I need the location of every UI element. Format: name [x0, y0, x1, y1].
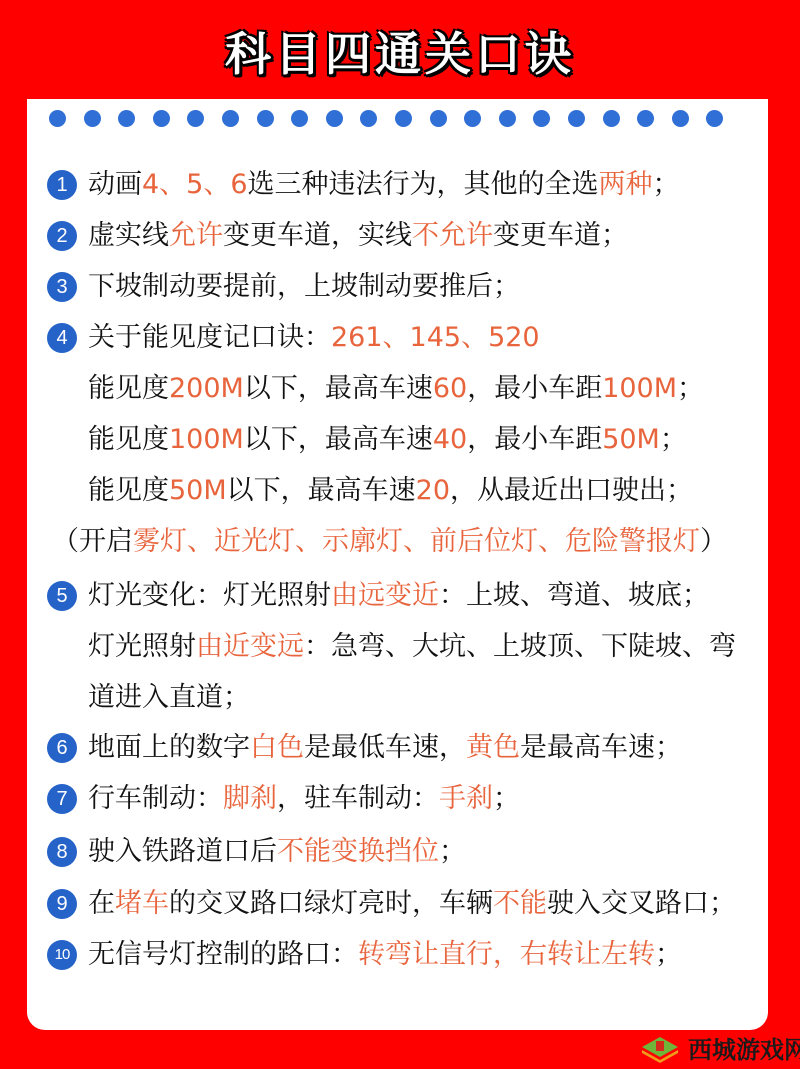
rule-text: 能见度100M以下，最高车速40，最小车距50M；: [88, 418, 687, 462]
highlight-text: 不能变换挡位: [277, 836, 439, 867]
highlight-text: 转弯让直行，右转让左转: [358, 939, 655, 970]
divider-dot: [603, 110, 620, 127]
divider-dot: [499, 110, 516, 127]
content-card: 1动画4、5、6选三种违法行为，其他的全选两种；2虚实线允许变更车道，实线不允许…: [27, 99, 768, 1030]
rule-text: 灯光照射由近变远：急弯、大坑、上坡顶、下陡坡、弯: [88, 625, 736, 669]
plain-text: 无信号灯控制的路口：: [88, 939, 358, 970]
plain-text: 动画: [88, 169, 142, 200]
rule-text: 驶入铁路道口后不能变换挡位；: [88, 830, 466, 874]
number-badge-icon: 2: [47, 221, 77, 251]
rule-text: 道进入直道；: [88, 676, 250, 720]
highlight-text: 100M: [169, 424, 244, 455]
divider-dot: [672, 110, 689, 127]
plain-text: ；: [653, 169, 680, 200]
plain-text: 变更车道；: [493, 220, 628, 251]
highlight-text: 50M: [169, 475, 227, 506]
plain-text: 变更车道，实线: [223, 220, 412, 251]
plain-text: ，最小车距: [467, 373, 602, 404]
number-badge-icon: 8: [47, 837, 77, 867]
plain-text: 驶入交叉路口；: [547, 888, 736, 919]
divider-dot: [395, 110, 412, 127]
plain-text: 道进入直道；: [88, 682, 250, 713]
plain-text: 关于能见度记口诀：: [88, 322, 331, 353]
rule-text: 行车制动：脚刹，驻车制动：手刹；: [88, 777, 520, 821]
number-badge-icon: 10: [47, 940, 77, 970]
plain-text: 以下，最高车速: [227, 475, 416, 506]
highlight-text: 不允许: [412, 220, 493, 251]
plain-text: 能见度: [88, 373, 169, 404]
watermark-logo-icon: [640, 1035, 680, 1065]
plain-text: 在: [88, 888, 115, 919]
plain-text: ，最小车距: [467, 424, 602, 455]
divider-dot: [257, 110, 274, 127]
plain-text: 虚实线: [88, 220, 169, 251]
plain-text: ；: [439, 836, 466, 867]
rule-text: 虚实线允许变更车道，实线不允许变更车道；: [88, 214, 628, 258]
rule-text: 能见度50M以下，最高车速20，从最近出口驶出；: [88, 469, 693, 513]
highlight-text: 40: [433, 424, 467, 455]
highlight-text: 4、5、6: [142, 169, 248, 200]
divider-dot: [118, 110, 135, 127]
divider-dot: [533, 110, 550, 127]
plain-text: ；: [493, 783, 520, 814]
plain-text: ：急弯、大坑、上坡顶、下陡坡、弯: [304, 631, 736, 662]
highlight-text: 脚刹: [223, 783, 277, 814]
highlight-text: 白色: [250, 732, 304, 763]
rule-text: 关于能见度记口诀：261、145、520: [88, 316, 540, 360]
highlight-text: 60: [433, 373, 467, 404]
divider-dot: [464, 110, 481, 127]
plain-text: ；: [677, 373, 704, 404]
plain-text: 以下，最高车速: [244, 373, 433, 404]
highlight-text: 堵车: [115, 888, 169, 919]
page-title: 科目四通关口诀: [0, 18, 800, 84]
plain-text: 选三种违法行为，其他的全选: [248, 169, 599, 200]
highlight-text: 手刹: [439, 783, 493, 814]
highlight-text: 由近变远: [196, 631, 304, 662]
plain-text: 能见度: [88, 475, 169, 506]
divider-dot: [430, 110, 447, 127]
plain-text: 是最高车速；: [520, 732, 682, 763]
divider-dot: [84, 110, 101, 127]
divider-dot: [187, 110, 204, 127]
plain-text: 驶入铁路道口后: [88, 836, 277, 867]
divider-dot: [706, 110, 723, 127]
plain-text: 以下，最高车速: [244, 424, 433, 455]
number-badge-icon: 9: [47, 889, 77, 919]
plain-text: ，驻车制动：: [277, 783, 439, 814]
number-badge-icon: 7: [47, 784, 77, 814]
plain-text: ，从最近出口驶出；: [450, 475, 693, 506]
number-badge-icon: 5: [47, 581, 77, 611]
highlight-text: 不能: [493, 888, 547, 919]
divider-dot: [568, 110, 585, 127]
divider-dot: [153, 110, 170, 127]
rule-text: 无信号灯控制的路口：转弯让直行，右转让左转；: [88, 933, 682, 977]
plain-text: ）: [700, 526, 727, 557]
plain-text: （开启: [52, 526, 133, 557]
plain-text: 灯光照射: [88, 631, 196, 662]
plain-text: ：上坡、弯道、坡底；: [439, 580, 709, 611]
highlight-text: 100M: [602, 373, 677, 404]
divider-dot: [637, 110, 654, 127]
watermark-text: 西城游戏网: [688, 1035, 800, 1065]
highlight-text: 261、145、520: [331, 322, 540, 353]
rule-text: 在堵车的交叉路口绿灯亮时，车辆不能驶入交叉路口；: [88, 882, 736, 926]
plain-text: 的交叉路口绿灯亮时，车辆: [169, 888, 493, 919]
highlight-text: 允许: [169, 220, 223, 251]
plain-text: 灯光变化：灯光照射: [88, 580, 331, 611]
divider-dot: [49, 110, 66, 127]
plain-text: ；: [660, 424, 687, 455]
plain-text: 地面上的数字: [88, 732, 250, 763]
dot-divider: [49, 110, 759, 127]
rule-text: （开启雾灯、近光灯、示廓灯、前后位灯、危险警报灯）: [52, 520, 727, 564]
plain-text: ；: [655, 939, 682, 970]
highlight-text: 50M: [602, 424, 660, 455]
rule-text: 能见度200M以下，最高车速60，最小车距100M；: [88, 367, 704, 411]
rule-text: 灯光变化：灯光照射由远变近：上坡、弯道、坡底；: [88, 574, 709, 618]
plain-text: 下坡制动要提前，上坡制动要推后；: [88, 271, 520, 302]
highlight-text: 由远变近: [331, 580, 439, 611]
divider-dot: [291, 110, 308, 127]
highlight-text: 雾灯、近光灯、示廓灯、前后位灯、危险警报灯: [133, 526, 700, 557]
divider-dot: [326, 110, 343, 127]
rule-text: 动画4、5、6选三种违法行为，其他的全选两种；: [88, 163, 680, 207]
plain-text: 行车制动：: [88, 783, 223, 814]
number-badge-icon: 1: [47, 170, 77, 200]
number-badge-icon: 4: [47, 323, 77, 353]
rule-text: 下坡制动要提前，上坡制动要推后；: [88, 265, 520, 309]
highlight-text: 两种: [599, 169, 653, 200]
rule-text: 地面上的数字白色是最低车速，黄色是最高车速；: [88, 726, 682, 770]
number-badge-icon: 3: [47, 272, 77, 302]
number-badge-icon: 6: [47, 733, 77, 763]
divider-dot: [222, 110, 239, 127]
plain-text: 能见度: [88, 424, 169, 455]
divider-dot: [360, 110, 377, 127]
highlight-text: 20: [416, 475, 450, 506]
highlight-text: 200M: [169, 373, 244, 404]
highlight-text: 黄色: [466, 732, 520, 763]
plain-text: 是最低车速，: [304, 732, 466, 763]
